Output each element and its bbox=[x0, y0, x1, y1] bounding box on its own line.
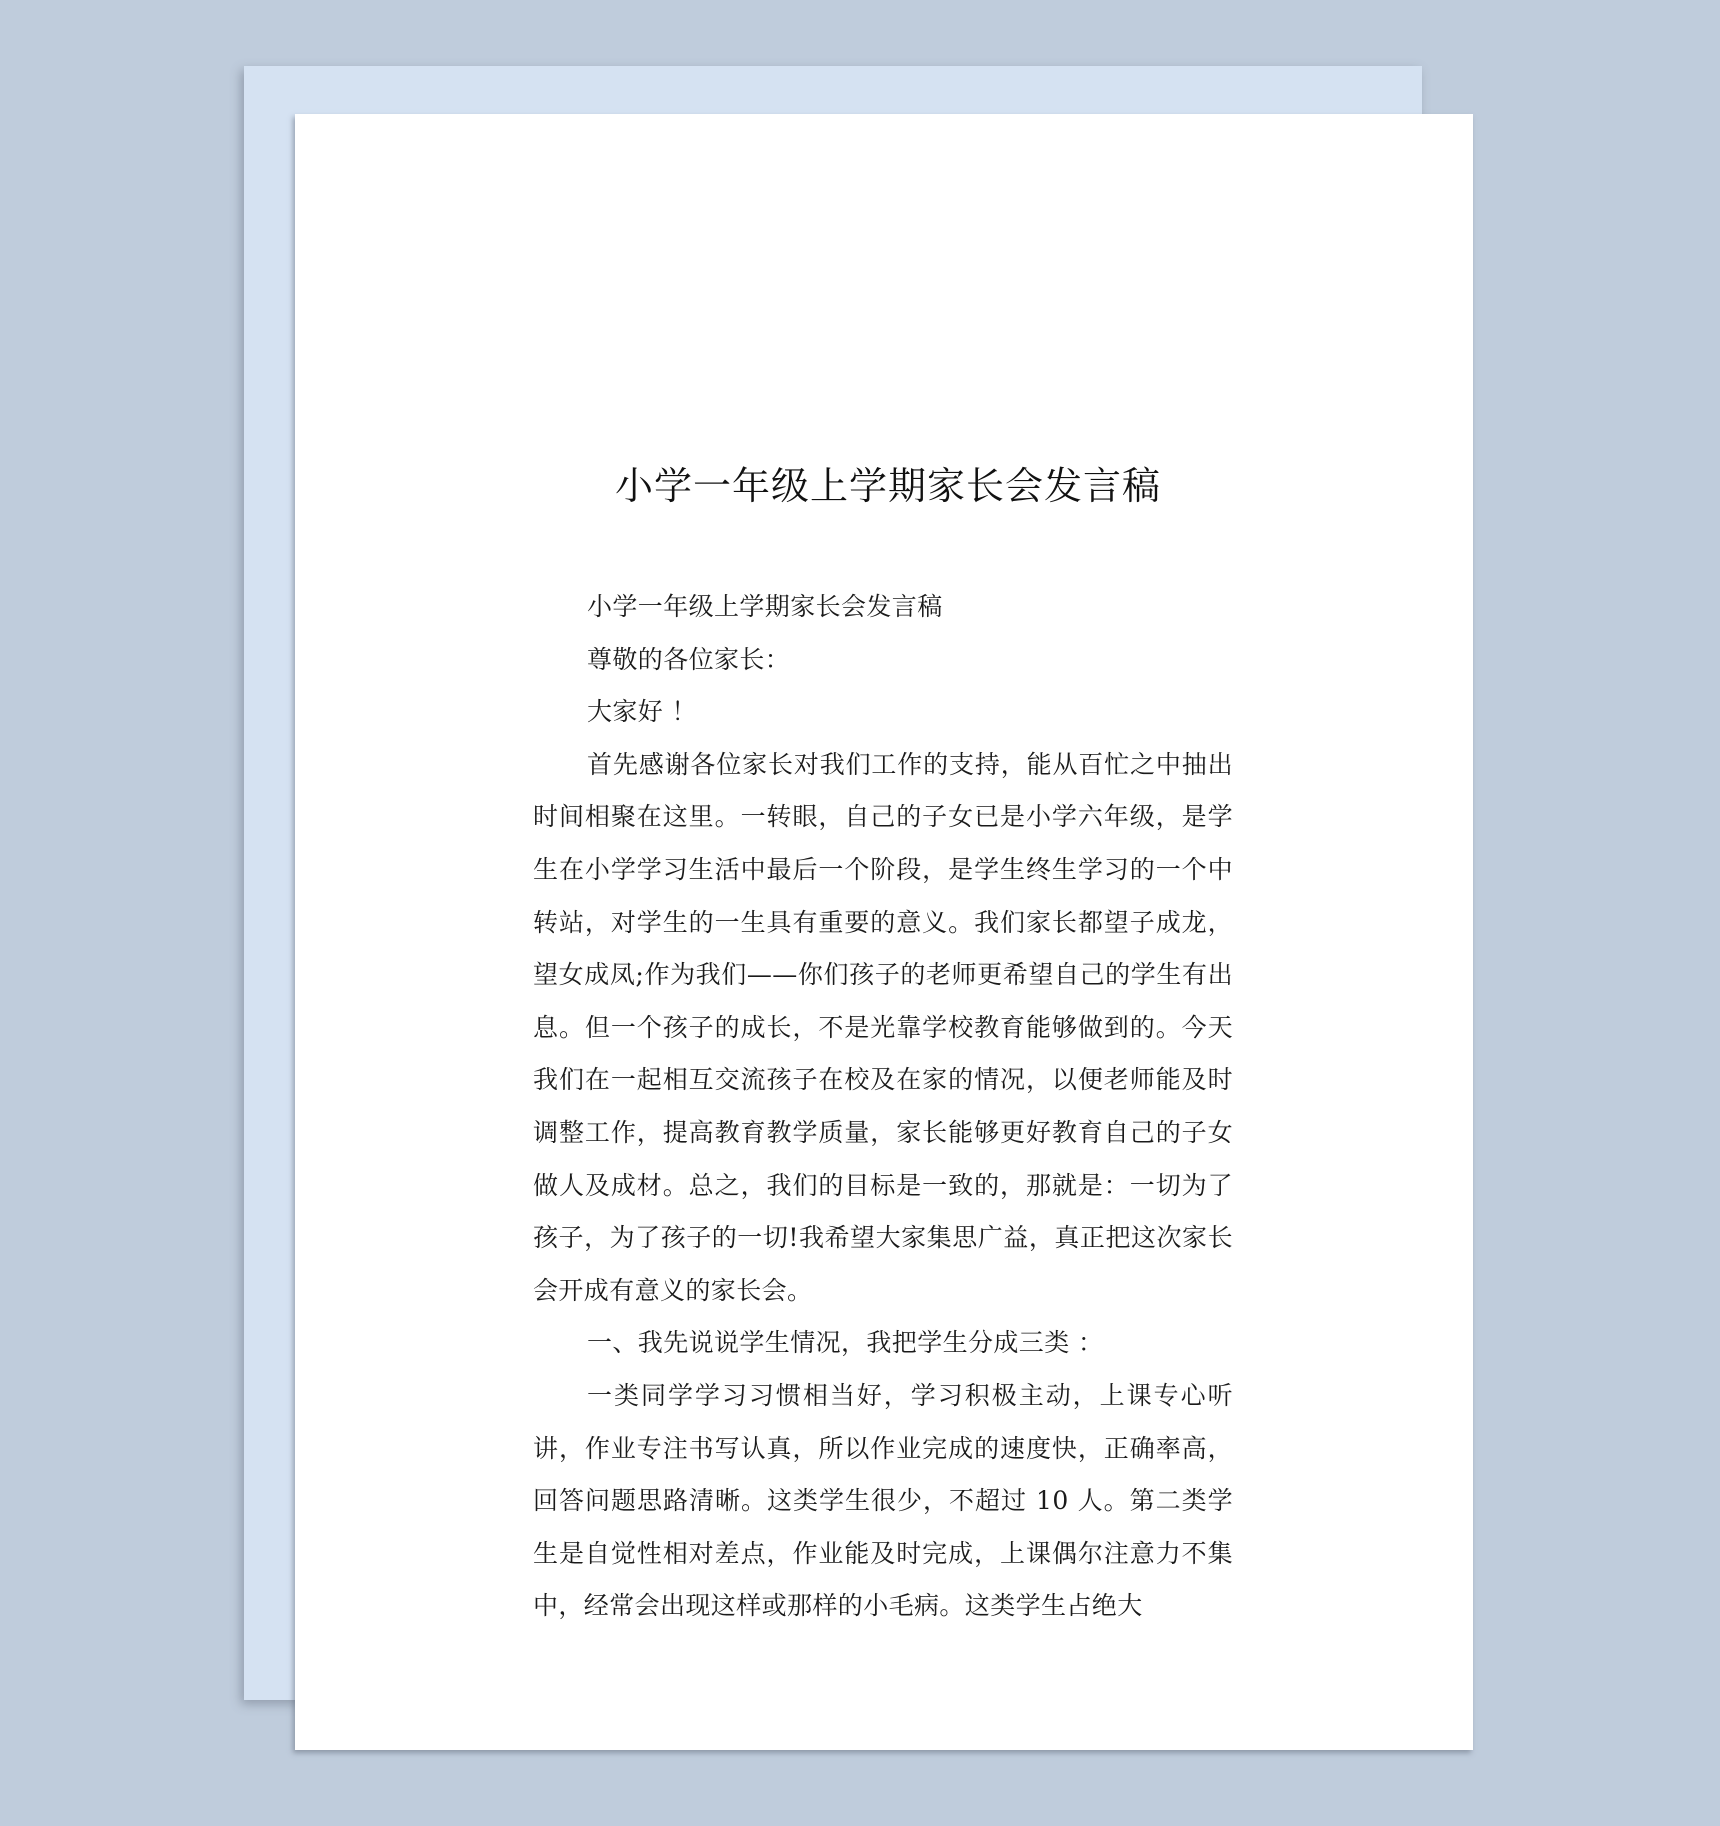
paragraph-subtitle: 小学一年级上学期家长会发言稿 bbox=[533, 581, 1233, 634]
paragraph-section-heading: 一、我先说说学生情况，我把学生分成三类 ： bbox=[533, 1317, 1233, 1370]
paragraph-intro: 首先感谢各位家长对我们工作的支持，能从百忙之中抽出时间相聚在这里。一转眼，自己的… bbox=[533, 739, 1233, 1318]
paragraph-salutation: 尊敬的各位家长： bbox=[533, 634, 1233, 687]
document-page: 小学一年级上学期家长会发言稿 小学一年级上学期家长会发言稿 尊敬的各位家长： 大… bbox=[295, 114, 1473, 1750]
paragraph-greeting: 大家好 ！ bbox=[533, 686, 1233, 739]
document-title: 小学一年级上学期家长会发言稿 bbox=[295, 462, 1473, 510]
paragraph-student-categories: 一类同学学习习惯相当好，学习积极主动，上课专心听讲，作业专注书写认真，所以作业完… bbox=[533, 1370, 1233, 1633]
document-body: 小学一年级上学期家长会发言稿 尊敬的各位家长： 大家好 ！ 首先感谢各位家长对我… bbox=[533, 581, 1233, 1633]
